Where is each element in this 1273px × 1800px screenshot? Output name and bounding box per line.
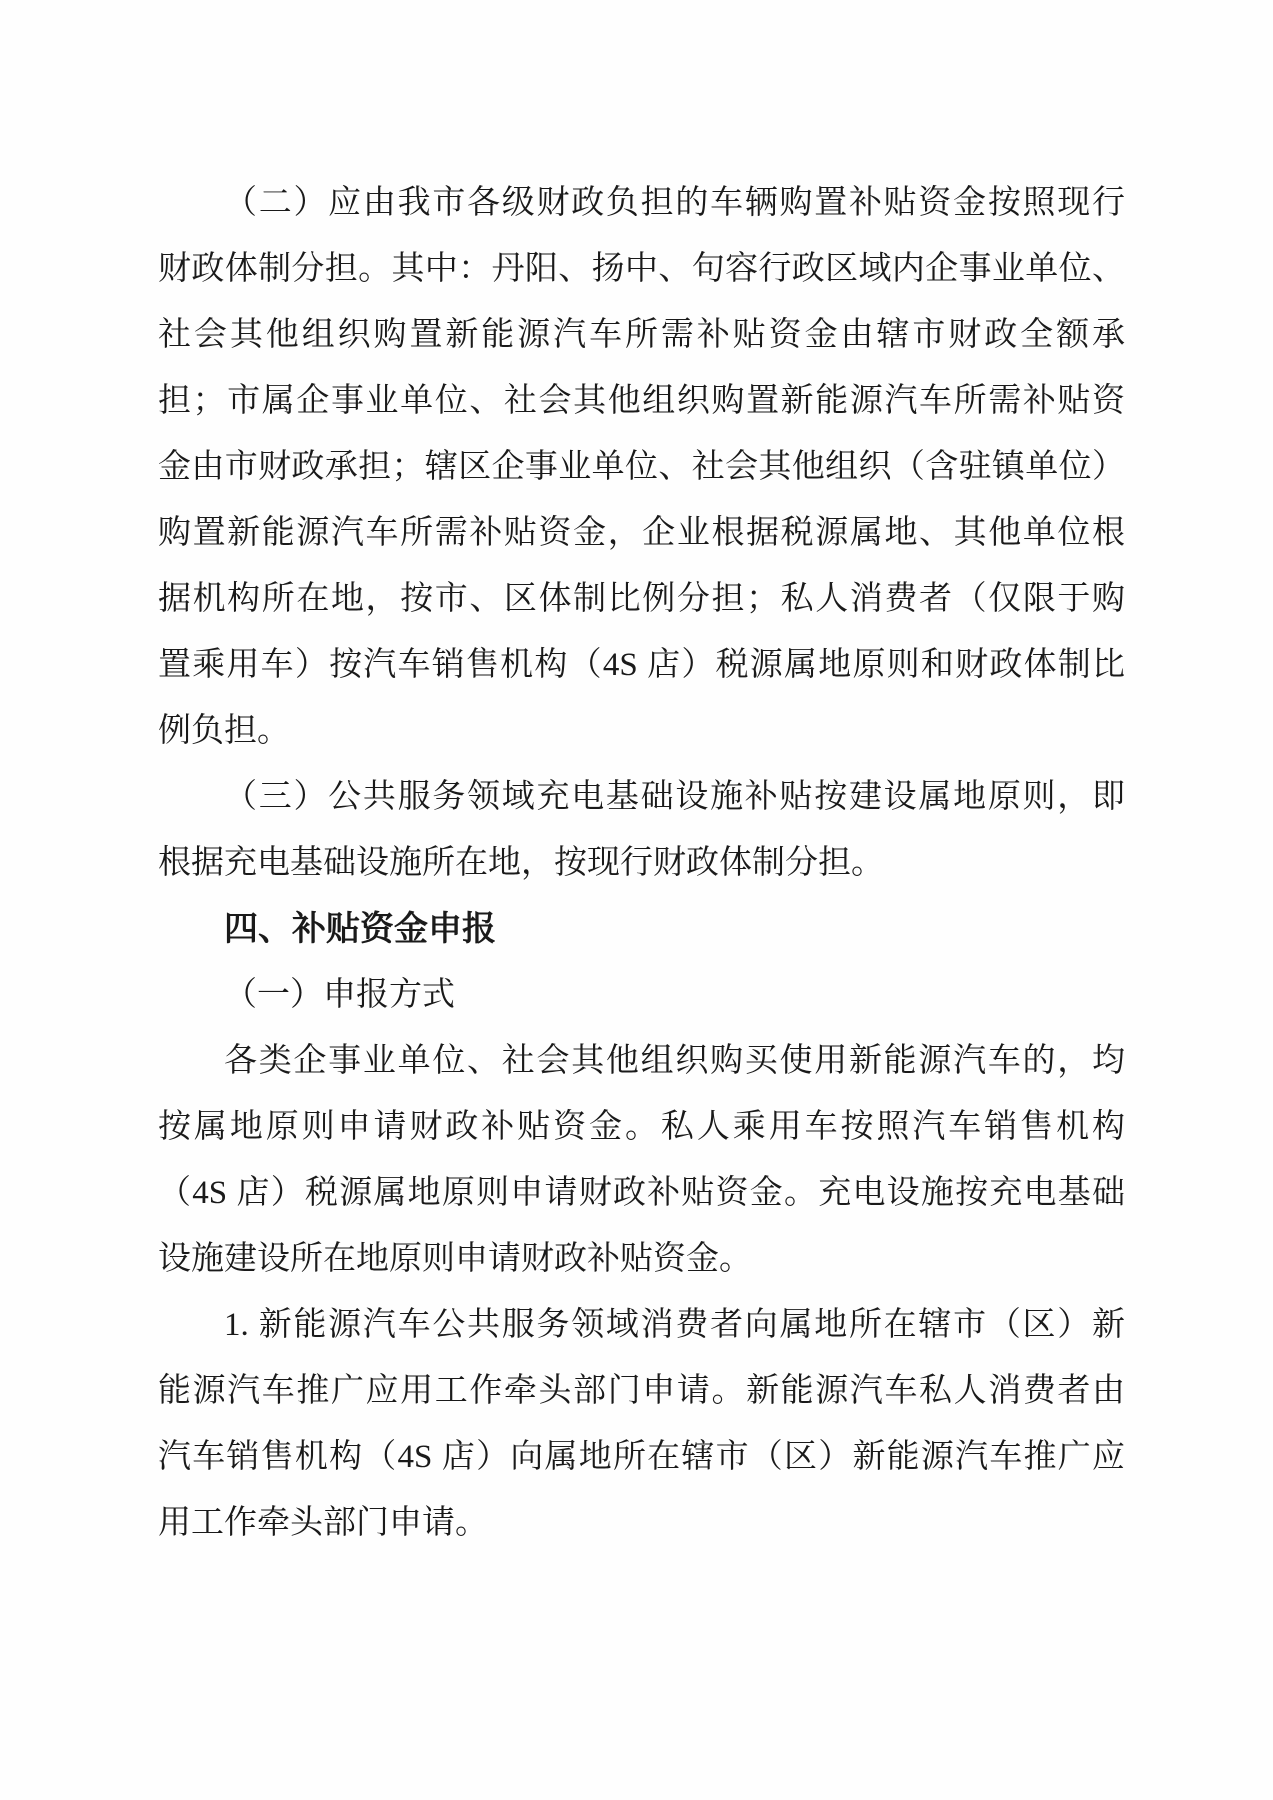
text-line: 用工作牵头部门申请。 — [158, 1490, 1125, 1556]
text-line: 根据充电基础设施所在地，按现行财政体制分担。 — [158, 830, 1125, 896]
text-line: 能源汽车推广应用工作牵头部门申请。新能源汽车私人消费者由 — [158, 1358, 1125, 1424]
text-line: 设施建设所在地原则申请财政补贴资金。 — [158, 1226, 1125, 1292]
text-line: 社会其他组织购置新能源汽车所需补贴资金由辖市财政全额承 — [158, 302, 1125, 368]
text-column: （二）应由我市各级财政负担的车辆购置补贴资金按照现行财政体制分担。其中：丹阳、扬… — [158, 170, 1125, 1556]
text-line: 各类企事业单位、社会其他组织购买使用新能源汽车的，均 — [158, 1028, 1125, 1094]
text-line: 例负担。 — [158, 698, 1125, 764]
text-line: 1. 新能源汽车公共服务领域消费者向属地所在辖市（区）新 — [158, 1292, 1125, 1358]
text-line: （一）申报方式 — [158, 962, 1125, 1028]
text-line: 置乘用车）按汽车销售机构（4S 店）税源属地原则和财政体制比 — [158, 632, 1125, 698]
text-line: （4S 店）税源属地原则申请财政补贴资金。充电设施按充电基础 — [158, 1160, 1125, 1226]
section-heading: 四、补贴资金申报 — [158, 896, 1125, 962]
text-line: 财政体制分担。其中：丹阳、扬中、句容行政区域内企事业单位、 — [158, 236, 1125, 302]
text-line: 金由市财政承担；辖区企事业单位、社会其他组织（含驻镇单位） — [158, 434, 1125, 500]
text-line: （三）公共服务领域充电基础设施补贴按建设属地原则，即 — [158, 764, 1125, 830]
text-line: 据机构所在地，按市、区体制比例分担；私人消费者（仅限于购 — [158, 566, 1125, 632]
text-line: （二）应由我市各级财政负担的车辆购置补贴资金按照现行 — [158, 170, 1125, 236]
text-line: 购置新能源汽车所需补贴资金，企业根据税源属地、其他单位根 — [158, 500, 1125, 566]
text-line: 担；市属企事业单位、社会其他组织购置新能源汽车所需补贴资 — [158, 368, 1125, 434]
text-line: 汽车销售机构（4S 店）向属地所在辖市（区）新能源汽车推广应 — [158, 1424, 1125, 1490]
text-line: 按属地原则申请财政补贴资金。私人乘用车按照汽车销售机构 — [158, 1094, 1125, 1160]
document-page: （二）应由我市各级财政负担的车辆购置补贴资金按照现行财政体制分担。其中：丹阳、扬… — [0, 0, 1273, 1800]
